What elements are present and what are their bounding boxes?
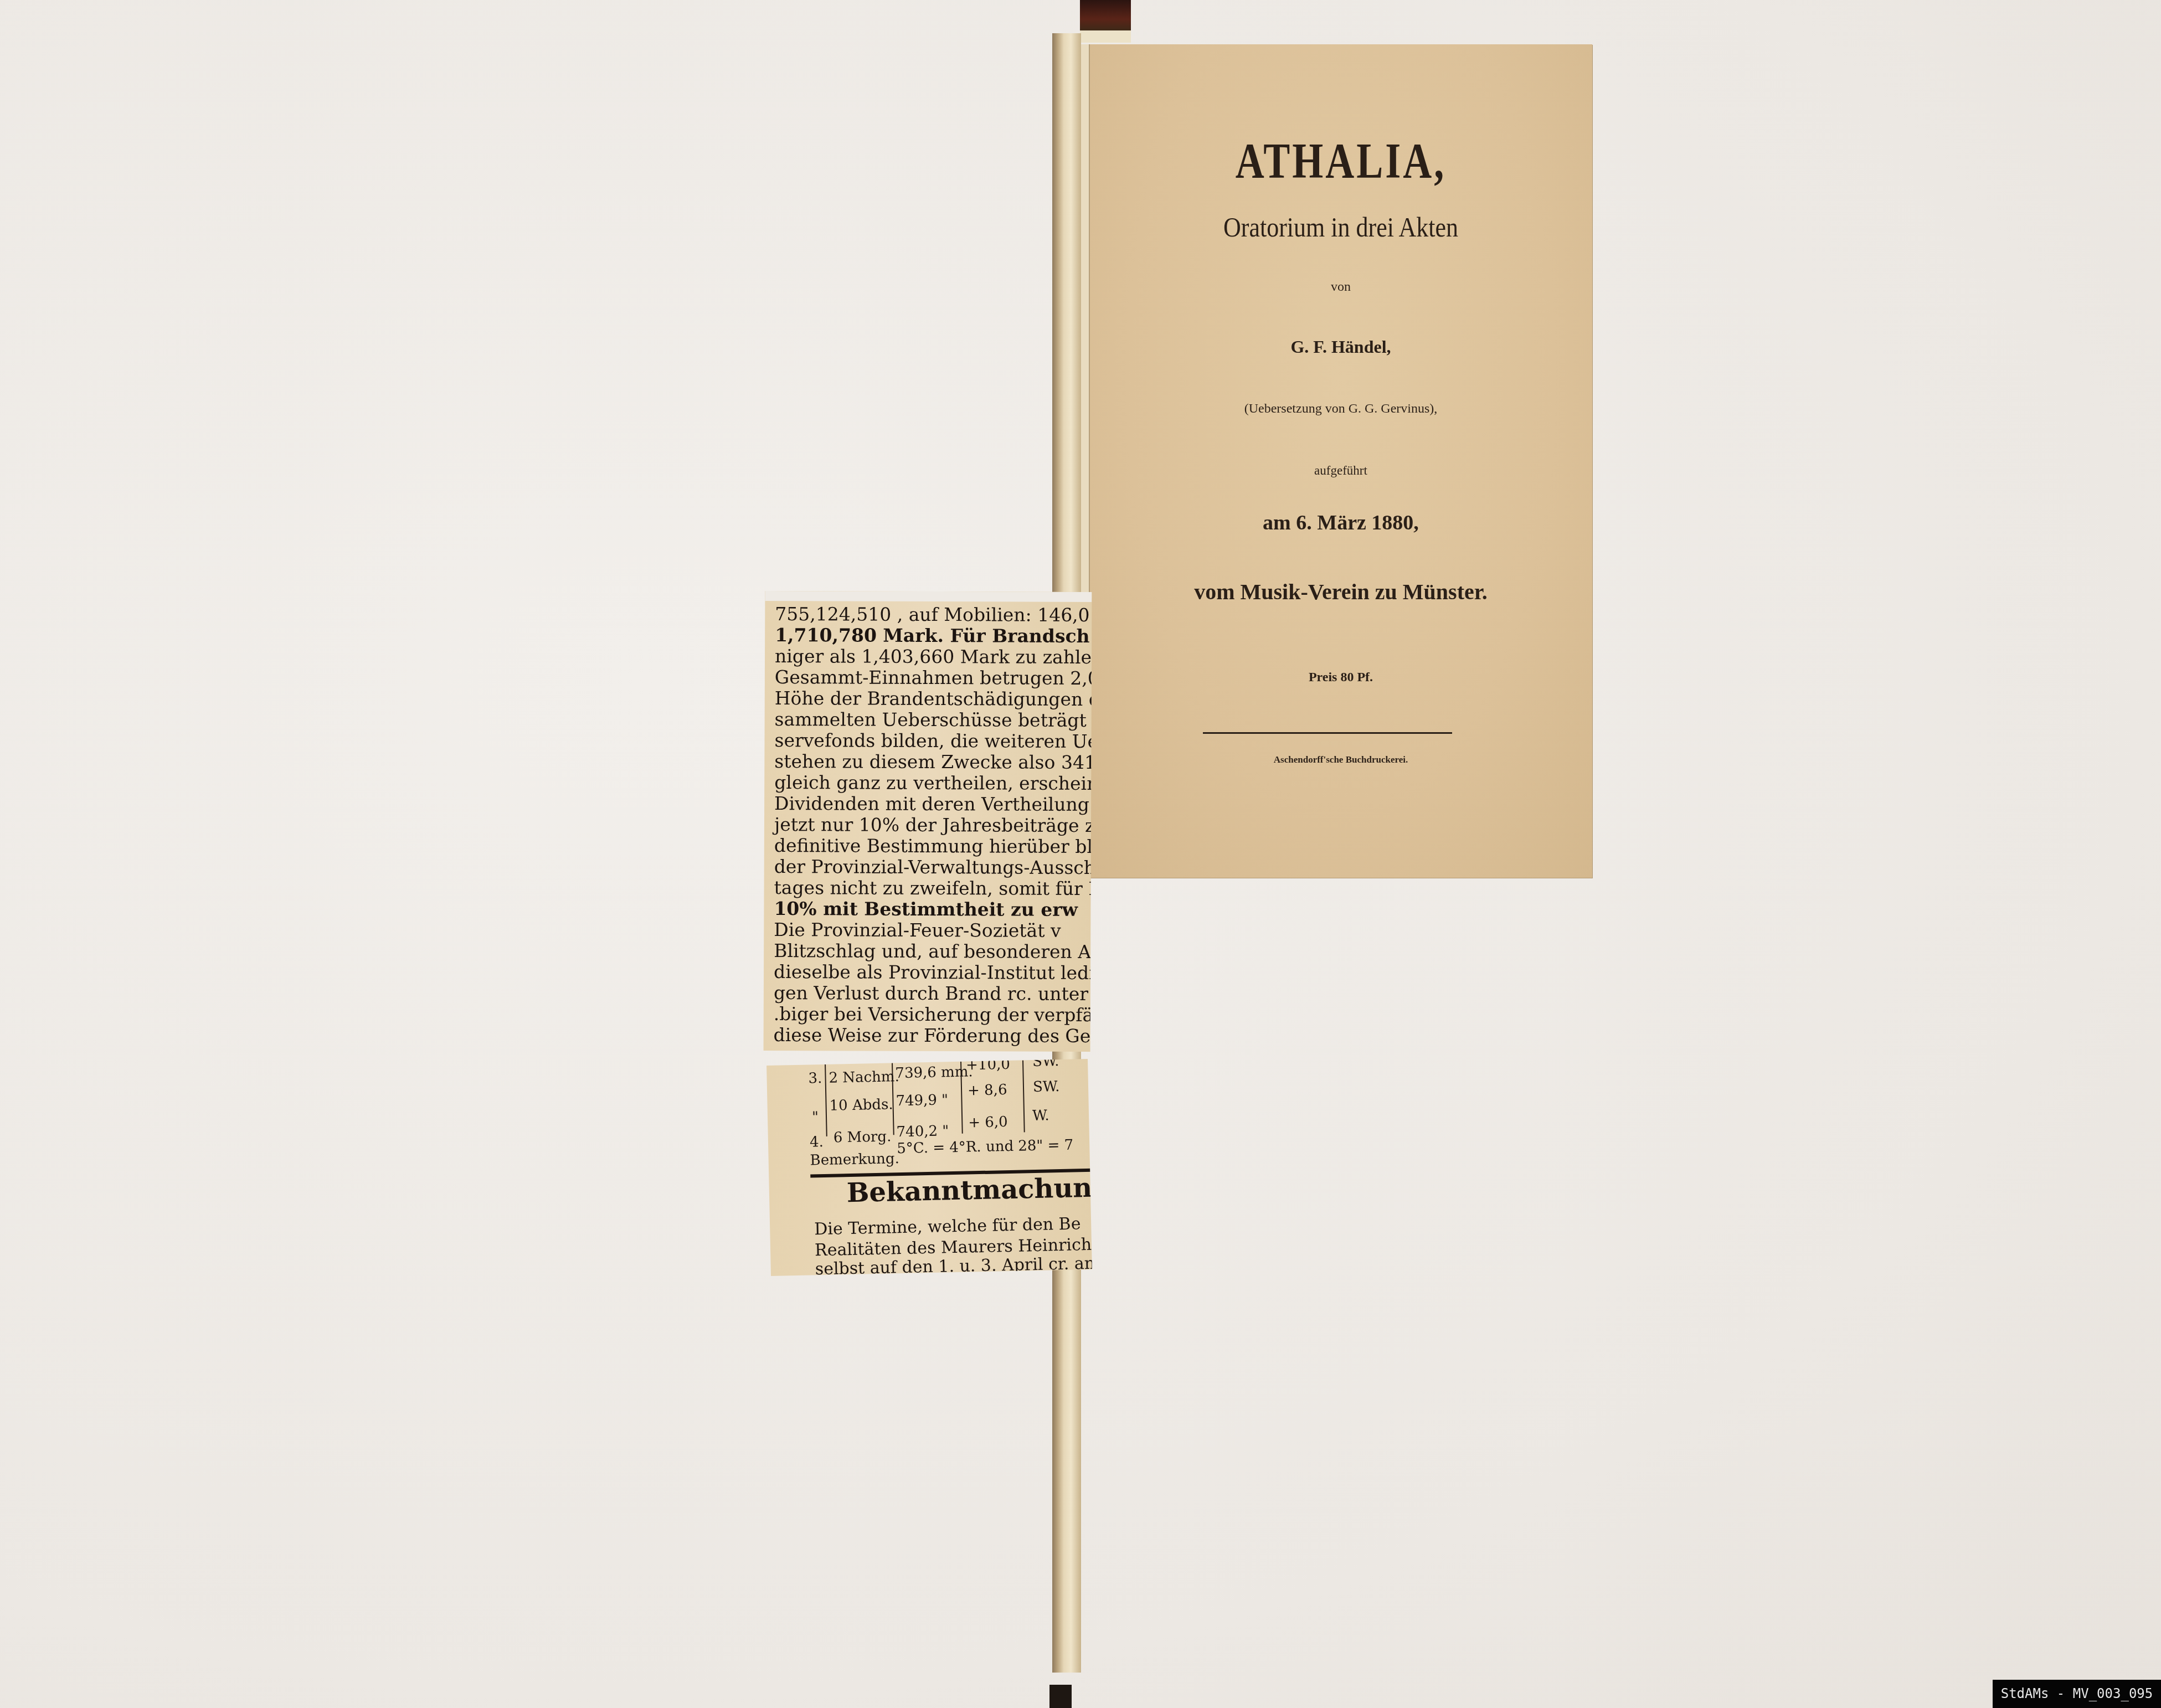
booklet-title-page: ATHALIA, Oratorium in drei Akten von G. …	[1089, 44, 1592, 878]
booklet-composer: G. F. Händel,	[1089, 337, 1592, 357]
clipping-line: diese Weise zur Förderung des Gemein	[774, 1024, 1092, 1047]
announcement-line: Die Termine, welche für den Be	[814, 1214, 1081, 1239]
clipping-line: niger als 1,403,660 Mark zu zahlen.	[775, 645, 1092, 668]
booklet-date: am 6. März 1880,	[1089, 511, 1592, 535]
cell-day: 3.	[808, 1070, 822, 1087]
clipping-line: jetzt nur 10% der Jahresbeiträge zu	[774, 814, 1092, 837]
cell-temp: + 8,6	[968, 1082, 1007, 1099]
booklet-price: Preis 80 Pf.	[1089, 670, 1592, 685]
booklet-society: vom Musik-Verein zu Münster.	[1089, 579, 1592, 605]
cell-temp: +10,0	[966, 1059, 1010, 1074]
cell-time: 10 Abds.	[829, 1096, 893, 1114]
cell-time: 2 Nachm.	[829, 1068, 899, 1087]
clipping-cut-edge	[765, 591, 1092, 602]
cell-pressure: 749,9 "	[896, 1092, 948, 1109]
cell-pressure: 739,6 mm.	[895, 1063, 973, 1082]
clipping-line: Gesammt-Einnahmen betrugen 2,020,3	[775, 666, 1092, 690]
binding-spine-bottom	[1049, 1685, 1072, 1708]
booklet-title: ATHALIA,	[1089, 133, 1592, 191]
clipping-line: tages nicht zu zweifeln, somit für D	[774, 877, 1092, 900]
table-divider	[825, 1064, 827, 1136]
clipping-line: definitive Bestimmung hierüber bleibt zu	[774, 835, 1092, 858]
clipping-line: Dividenden mit deren Vertheilung plan	[774, 793, 1092, 816]
cell-day: 4.	[810, 1134, 824, 1151]
clipping-line: Höhe der Brandentschädigungen doch n	[775, 687, 1092, 711]
clipping-line: sammelten Ueberschüsse beträgt nunmehr	[775, 708, 1092, 732]
booklet-translation: (Uebersetzung von G. G. Gervinus),	[1089, 402, 1592, 416]
weather-remark-label: Bemerkung.	[810, 1150, 899, 1169]
clipping-line: servefonds bilden, die weiteren Ueb	[774, 729, 1092, 753]
cell-time: 6 Morg.	[833, 1128, 892, 1146]
newspaper-clipping-upper: 755,124,510 , auf Mobilien: 146,0 1,710,…	[764, 591, 1092, 1052]
newspaper-clipping-lower: 3. 2 Nachm. 739,6 mm. +10,0 SW. " 10 Abd…	[766, 1059, 1092, 1276]
clipping-line: Die Provinzial-Feuer-Sozietät v	[774, 919, 1061, 942]
binding-spine-top	[1080, 0, 1131, 32]
cell-wind: W.	[1032, 1107, 1049, 1124]
clipping-line: der Provinzial-Verwaltungs-Ausschuß si	[774, 856, 1092, 879]
booklet-performed: aufgeführt	[1089, 464, 1592, 478]
archive-signature-label: StdAMs - MV_003_095	[1993, 1680, 2161, 1708]
cell-pressure: 740,2 "	[896, 1123, 949, 1140]
booklet-printer: Aschendorff'sche Buchdruckerei.	[1089, 754, 1592, 765]
clipping-line: 1,710,780 Mark. Für Brandsch	[775, 624, 1090, 647]
clipping-line: stehen zu diesem Zwecke also 341,83	[774, 750, 1092, 774]
weather-remark-text: 5°C. = 4°R. und 28" = 7	[897, 1137, 1074, 1157]
clipping-line: 755,124,510 , auf Mobilien: 146,0	[775, 603, 1089, 626]
clipping-line: Blitzschlag und, auf besonderen A	[774, 940, 1091, 963]
cell-wind: SW.	[1033, 1078, 1060, 1095]
table-divider	[1022, 1060, 1025, 1132]
clipping-line: gleich ganz zu vertheilen, erscheint nic…	[774, 771, 1092, 795]
clipping-line: 10% mit Bestimmtheit zu erw	[774, 898, 1078, 921]
cell-wind: SW.	[1032, 1059, 1059, 1070]
cell-day: "	[812, 1109, 819, 1125]
booklet-by: von	[1089, 280, 1592, 295]
announcement-heading: Bekanntmachung.	[846, 1172, 1092, 1208]
booklet-divider	[1203, 732, 1452, 734]
cell-temp: + 6,0	[968, 1114, 1008, 1131]
booklet-subtitle: Oratorium in drei Akten	[1089, 211, 1592, 244]
clipping-line: gen Verlust durch Brand rc. unter mögl	[774, 982, 1092, 1005]
clipping-line: dieselbe als Provinzial-Institut ledigli…	[774, 961, 1092, 984]
binding-spine-cap	[1080, 30, 1131, 43]
clipping-line: .biger bei Versicherung der verpfändeten	[774, 1003, 1092, 1026]
